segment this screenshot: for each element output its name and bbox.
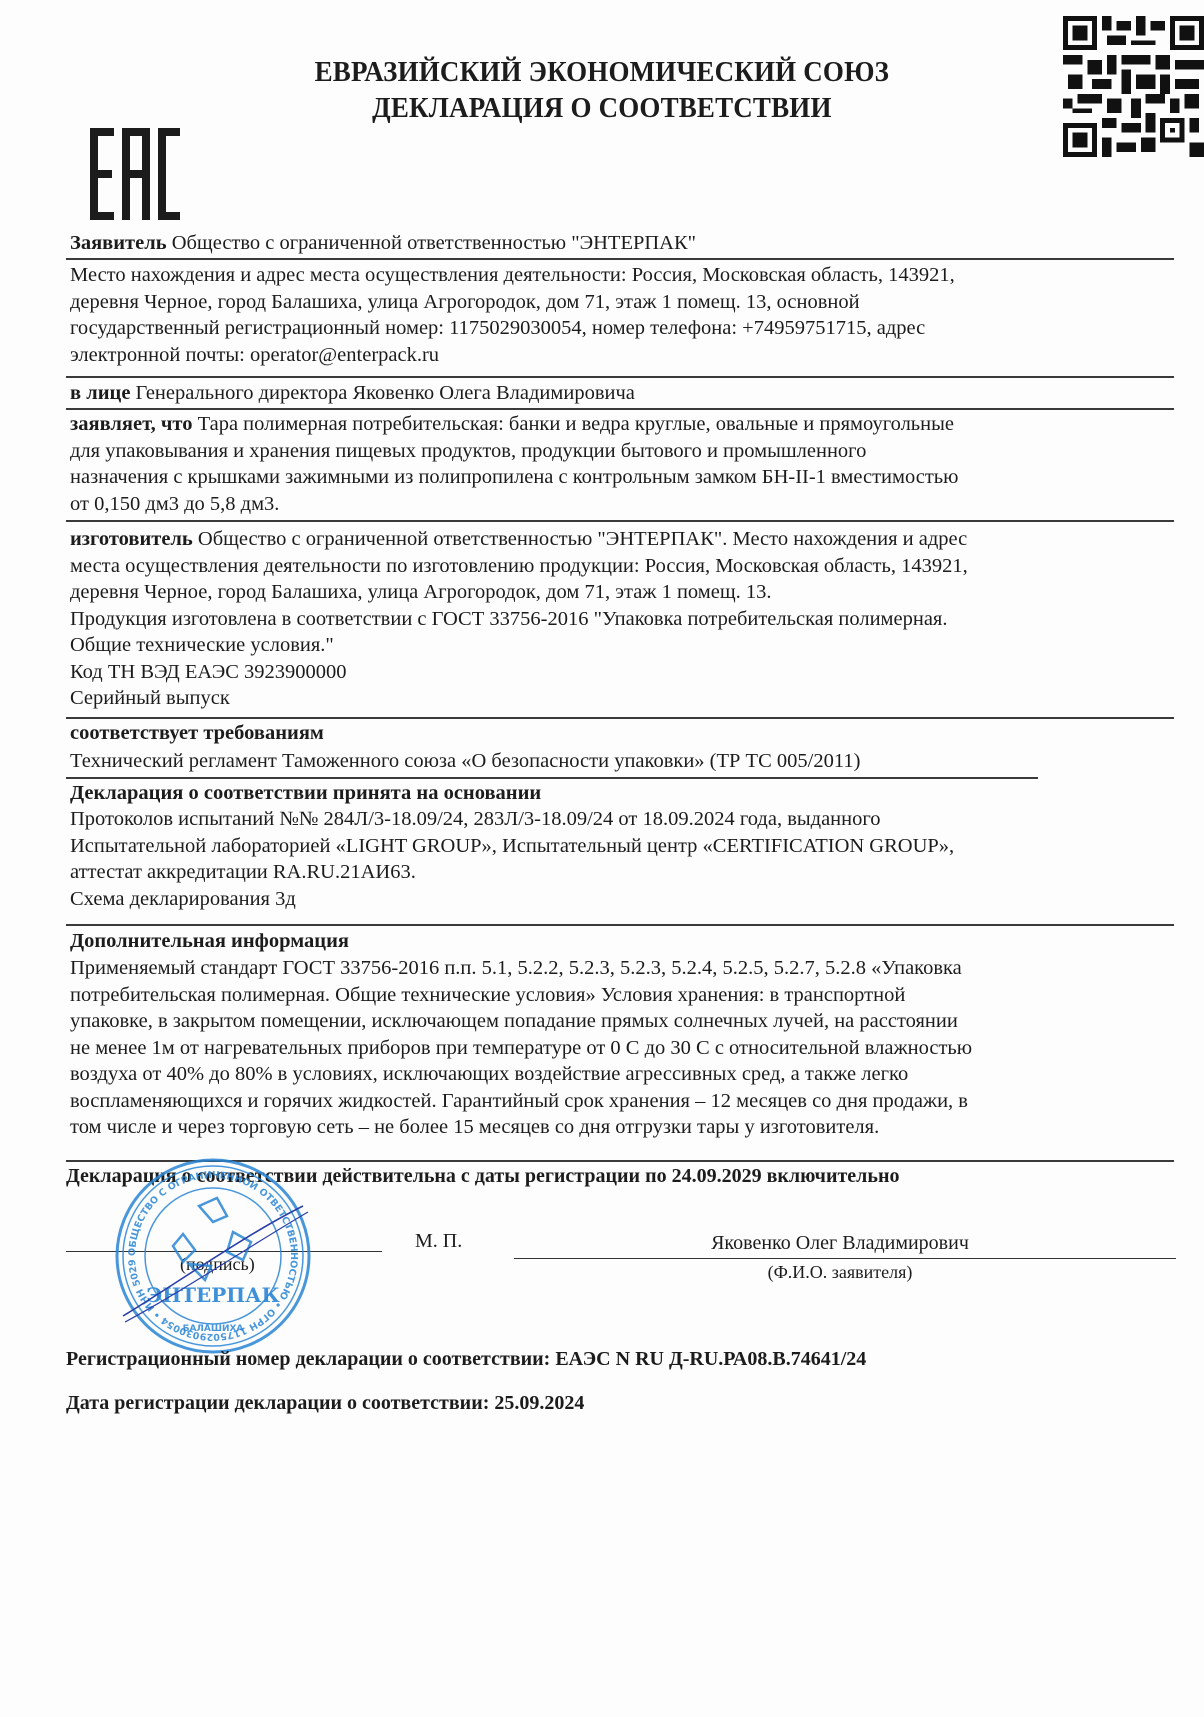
divider <box>66 376 1174 378</box>
basis-section: Протоколов испытаний №№ 284Л/3-18.09/24,… <box>70 806 1170 912</box>
declares-line: назначения с крышками зажимными из полип… <box>70 464 1170 491</box>
applicant-line: Заявитель Общество с ограниченной ответс… <box>70 230 1170 257</box>
divider <box>66 408 1174 410</box>
test-lab: Испытательной лабораторией «LIGHT GROUP»… <box>70 833 1170 860</box>
representative-value: Генерального директора Яковенко Олега Вл… <box>130 382 634 404</box>
hs-code: Код ТН ВЭД ЕАЭС 3923900000 <box>70 659 1170 686</box>
applicant-email-line: электронной почты: operator@enterpack.ru <box>70 342 1170 369</box>
additional-info: Применяемый стандарт ГОСТ 33756-2016 п.п… <box>70 955 1170 1141</box>
union-title: ЕВРАЗИЙСКИЙ ЭКОНОМИЧЕСКИЙ СОЮЗ <box>42 56 1162 89</box>
svg-text:ОБЩЕСТВО С ОГРАНИЧЕННОЙ ОТВЕТС: ОБЩЕСТВО С ОГРАНИЧЕННОЙ ОТВЕТСТВЕННОСТЬЮ… <box>113 1156 299 1342</box>
applicant-label: Заявитель <box>70 232 167 254</box>
company-stamp-icon: ОБЩЕСТВО С ОГРАНИЧЕННОЙ ОТВЕТСТВЕННОСТЬЮ… <box>113 1156 313 1356</box>
product-description: заявляет, что Тара полимерная потребител… <box>70 411 1170 517</box>
declares-line: от 0,150 дм3 до 5,8 дм3. <box>70 491 1170 518</box>
manufacturer-label: изготовитель <box>70 528 193 550</box>
qr-code-icon <box>1063 14 1204 159</box>
name-caption: (Ф.И.О. заявителя) <box>500 1262 1180 1283</box>
production-type: Серийный выпуск <box>70 685 1170 712</box>
additional-line: воздуха от 40% до 80% в условиях, исключ… <box>70 1061 1170 1088</box>
representative-label: в лице <box>70 382 130 404</box>
divider <box>66 258 1174 260</box>
manufacturer-line: места осуществления деятельности по изго… <box>70 553 1170 580</box>
stamp-ring-text: ОБЩЕСТВО С ОГРАНИЧЕННОЙ ОТВЕТСТВЕННОСТЬЮ… <box>113 1156 299 1342</box>
seal-placeholder-mp: М. П. <box>415 1230 462 1253</box>
applicant-full-name: Яковенко Олег Владимирович <box>500 1232 1180 1255</box>
applicant-address-line: Место нахождения и адрес места осуществл… <box>70 262 1170 289</box>
additional-line: Применяемый стандарт ГОСТ 33756-2016 п.п… <box>70 955 1170 982</box>
additional-line: том числе и через торговую сеть – не бол… <box>70 1114 1170 1141</box>
applicant-address-line: деревня Черное, город Балашиха, улица Аг… <box>70 289 1170 316</box>
manufacturer-line: деревня Черное, город Балашиха, улица Аг… <box>70 579 1170 606</box>
basis-label: Декларация о соответствии принята на осн… <box>70 780 1170 807</box>
additional-label: Дополнительная информация <box>70 928 1170 955</box>
manufacturer-section: изготовитель Общество с ограниченной отв… <box>70 526 1170 712</box>
declares-line: для упаковывания и хранения пищевых прод… <box>70 438 1170 465</box>
manufacturer-text: Общество с ограниченной ответственностью… <box>193 528 968 550</box>
stamp-city: БАЛАШИХА <box>183 1324 244 1334</box>
stamp-company-name: ЭНТЕРПАК <box>146 1283 279 1307</box>
applicant-address: Место нахождения и адрес места осуществл… <box>70 262 1170 368</box>
conformity-label: соответствует требованиям <box>70 720 1170 747</box>
additional-line: упаковке, в закрытом помещении, исключаю… <box>70 1008 1170 1035</box>
registration-number: Регистрационный номер декларации о соотв… <box>66 1346 1166 1373</box>
additional-line: воспламеняющихся и горячих жидкостей. Га… <box>70 1088 1170 1115</box>
test-protocols: Протоколов испытаний №№ 284Л/3-18.09/24,… <box>70 806 1170 833</box>
declares-label: заявляет, что <box>70 413 192 435</box>
divider <box>66 520 1174 522</box>
applicant-name: Общество с ограниченной ответственностью… <box>167 232 696 254</box>
divider <box>66 717 1174 719</box>
divider <box>66 777 1038 779</box>
applicant-address-line: государственный регистрационный номер: 1… <box>70 315 1170 342</box>
registration-date: Дата регистрации декларации о соответств… <box>66 1390 1166 1417</box>
manufacturer-line: Общие технические условия." <box>70 632 1170 659</box>
eac-mark-icon <box>90 128 180 220</box>
additional-line: потребительская полимерная. Общие технич… <box>70 982 1170 1009</box>
declares-text: Тара полимерная потребительская: банки и… <box>192 413 954 435</box>
accreditation: аттестат аккредитации RA.RU.21АИ63. <box>70 859 1170 886</box>
manufacturer-line: Продукция изготовлена в соответствии с Г… <box>70 606 1170 633</box>
divider <box>66 924 1174 926</box>
additional-line: не менее 1м от нагревательных приборов п… <box>70 1035 1170 1062</box>
name-line <box>514 1258 1176 1259</box>
representative-line: в лице Генерального директора Яковенко О… <box>70 380 1170 407</box>
declaration-scheme: Схема декларирования 3д <box>70 886 1170 913</box>
technical-regulation: Технический регламент Таможенного союза … <box>70 748 1170 775</box>
document-title: ДЕКЛАРАЦИЯ О СООТВЕТСТВИИ <box>42 92 1162 125</box>
